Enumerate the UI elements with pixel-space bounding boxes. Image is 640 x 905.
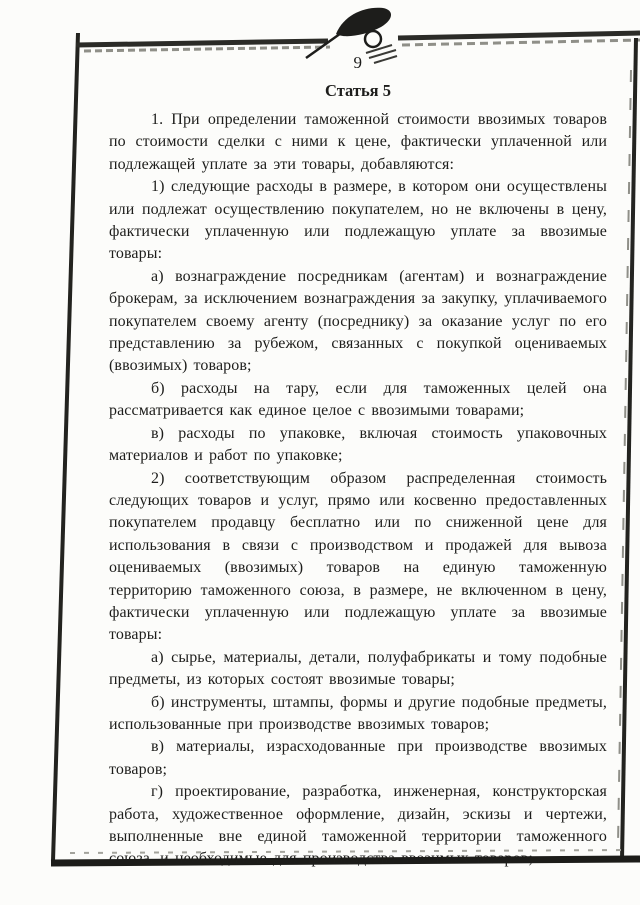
- paragraph-item-1b: б) расходы на тару, если для таможенных …: [109, 378, 607, 423]
- article-body: 1. При определении таможенной стоимости …: [109, 109, 607, 871]
- paragraph-intro: 1. При определении таможенной стоимости …: [109, 109, 607, 176]
- paragraph-item-2: 2) соответствующим образом распределенна…: [109, 468, 607, 647]
- paragraph-item-1: 1) следующие расходы в размере, в которо…: [109, 176, 607, 266]
- paragraph-item-1v: в) расходы по упаковке, включая стоимост…: [109, 423, 607, 468]
- paragraph-item-2a: а) сырье, материалы, детали, полуфабрика…: [109, 647, 607, 692]
- paragraph-item-2g: г) проектирование, разработка, инженерна…: [109, 781, 607, 871]
- paragraph-item-2v: в) материалы, израсходованные при произв…: [109, 736, 607, 781]
- document-content: 9 Статья 5 1. При определении таможенной…: [109, 52, 607, 871]
- paragraph-item-1a: а) вознаграждение посредникам (агентам) …: [109, 266, 607, 378]
- page-number: 9: [109, 52, 607, 74]
- paragraph-item-2b: б) инструменты, штампы, формы и другие п…: [109, 692, 607, 737]
- article-heading: Статья 5: [109, 80, 607, 102]
- scanned-document-page: 9 Статья 5 1. При определении таможенной…: [0, 0, 640, 905]
